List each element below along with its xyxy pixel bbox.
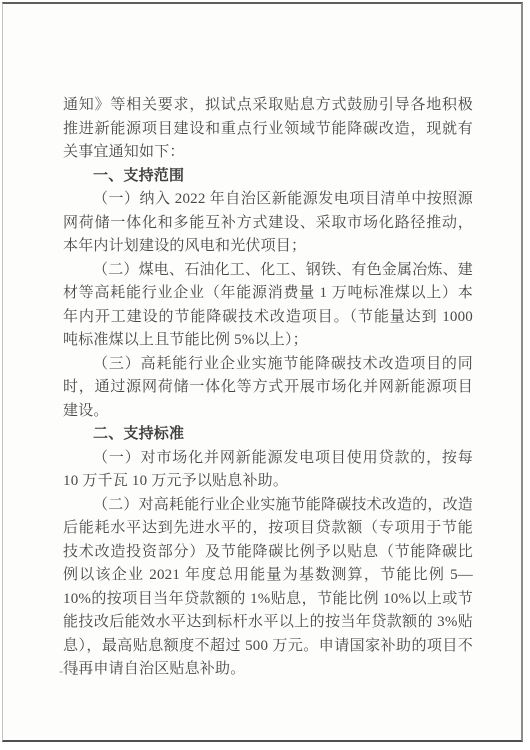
scanned-document-page: 通知》等相关要求，拟试点采取贴息方式鼓励引导各地积极推进新能源项目建设和重点行业…	[2, 2, 523, 742]
paragraph-standard-item-2: （二）对高耗能行业企业实施节能降碳技术改造的，改造后能耗水平达到先进水平的，按项…	[63, 494, 473, 682]
paragraph-continued: 通知》等相关要求，拟试点采取贴息方式鼓励引导各地积极推进新能源项目建设和重点行业…	[63, 94, 473, 165]
paragraph-scope-item-2: （二）煤电、石油化工、化工、钢铁、有色金属冶炼、建材等高耗能行业企业（年能源消费…	[63, 259, 473, 353]
section-heading-standard: 二、支持标准	[63, 423, 473, 447]
paragraph-scope-item-3: （三）高耗能行业企业实施节能降碳技术改造项目的同时，通过源网荷储一体化等方式开展…	[63, 353, 473, 424]
section-heading-scope: 一、支持范围	[63, 165, 473, 189]
page-number: - 2 -	[59, 664, 95, 679]
paragraph-scope-item-1: （一）纳入 2022 年自治区新能源发电项目清单中按照源网荷储一体化和多能互补方…	[63, 188, 473, 259]
paragraph-standard-item-1: （一）对市场化并网新能源发电项目使用贷款的，按每 10 万千瓦 10 万元予以贴…	[63, 447, 473, 494]
document-body: 通知》等相关要求，拟试点采取贴息方式鼓励引导各地积极推进新能源项目建设和重点行业…	[63, 94, 473, 682]
